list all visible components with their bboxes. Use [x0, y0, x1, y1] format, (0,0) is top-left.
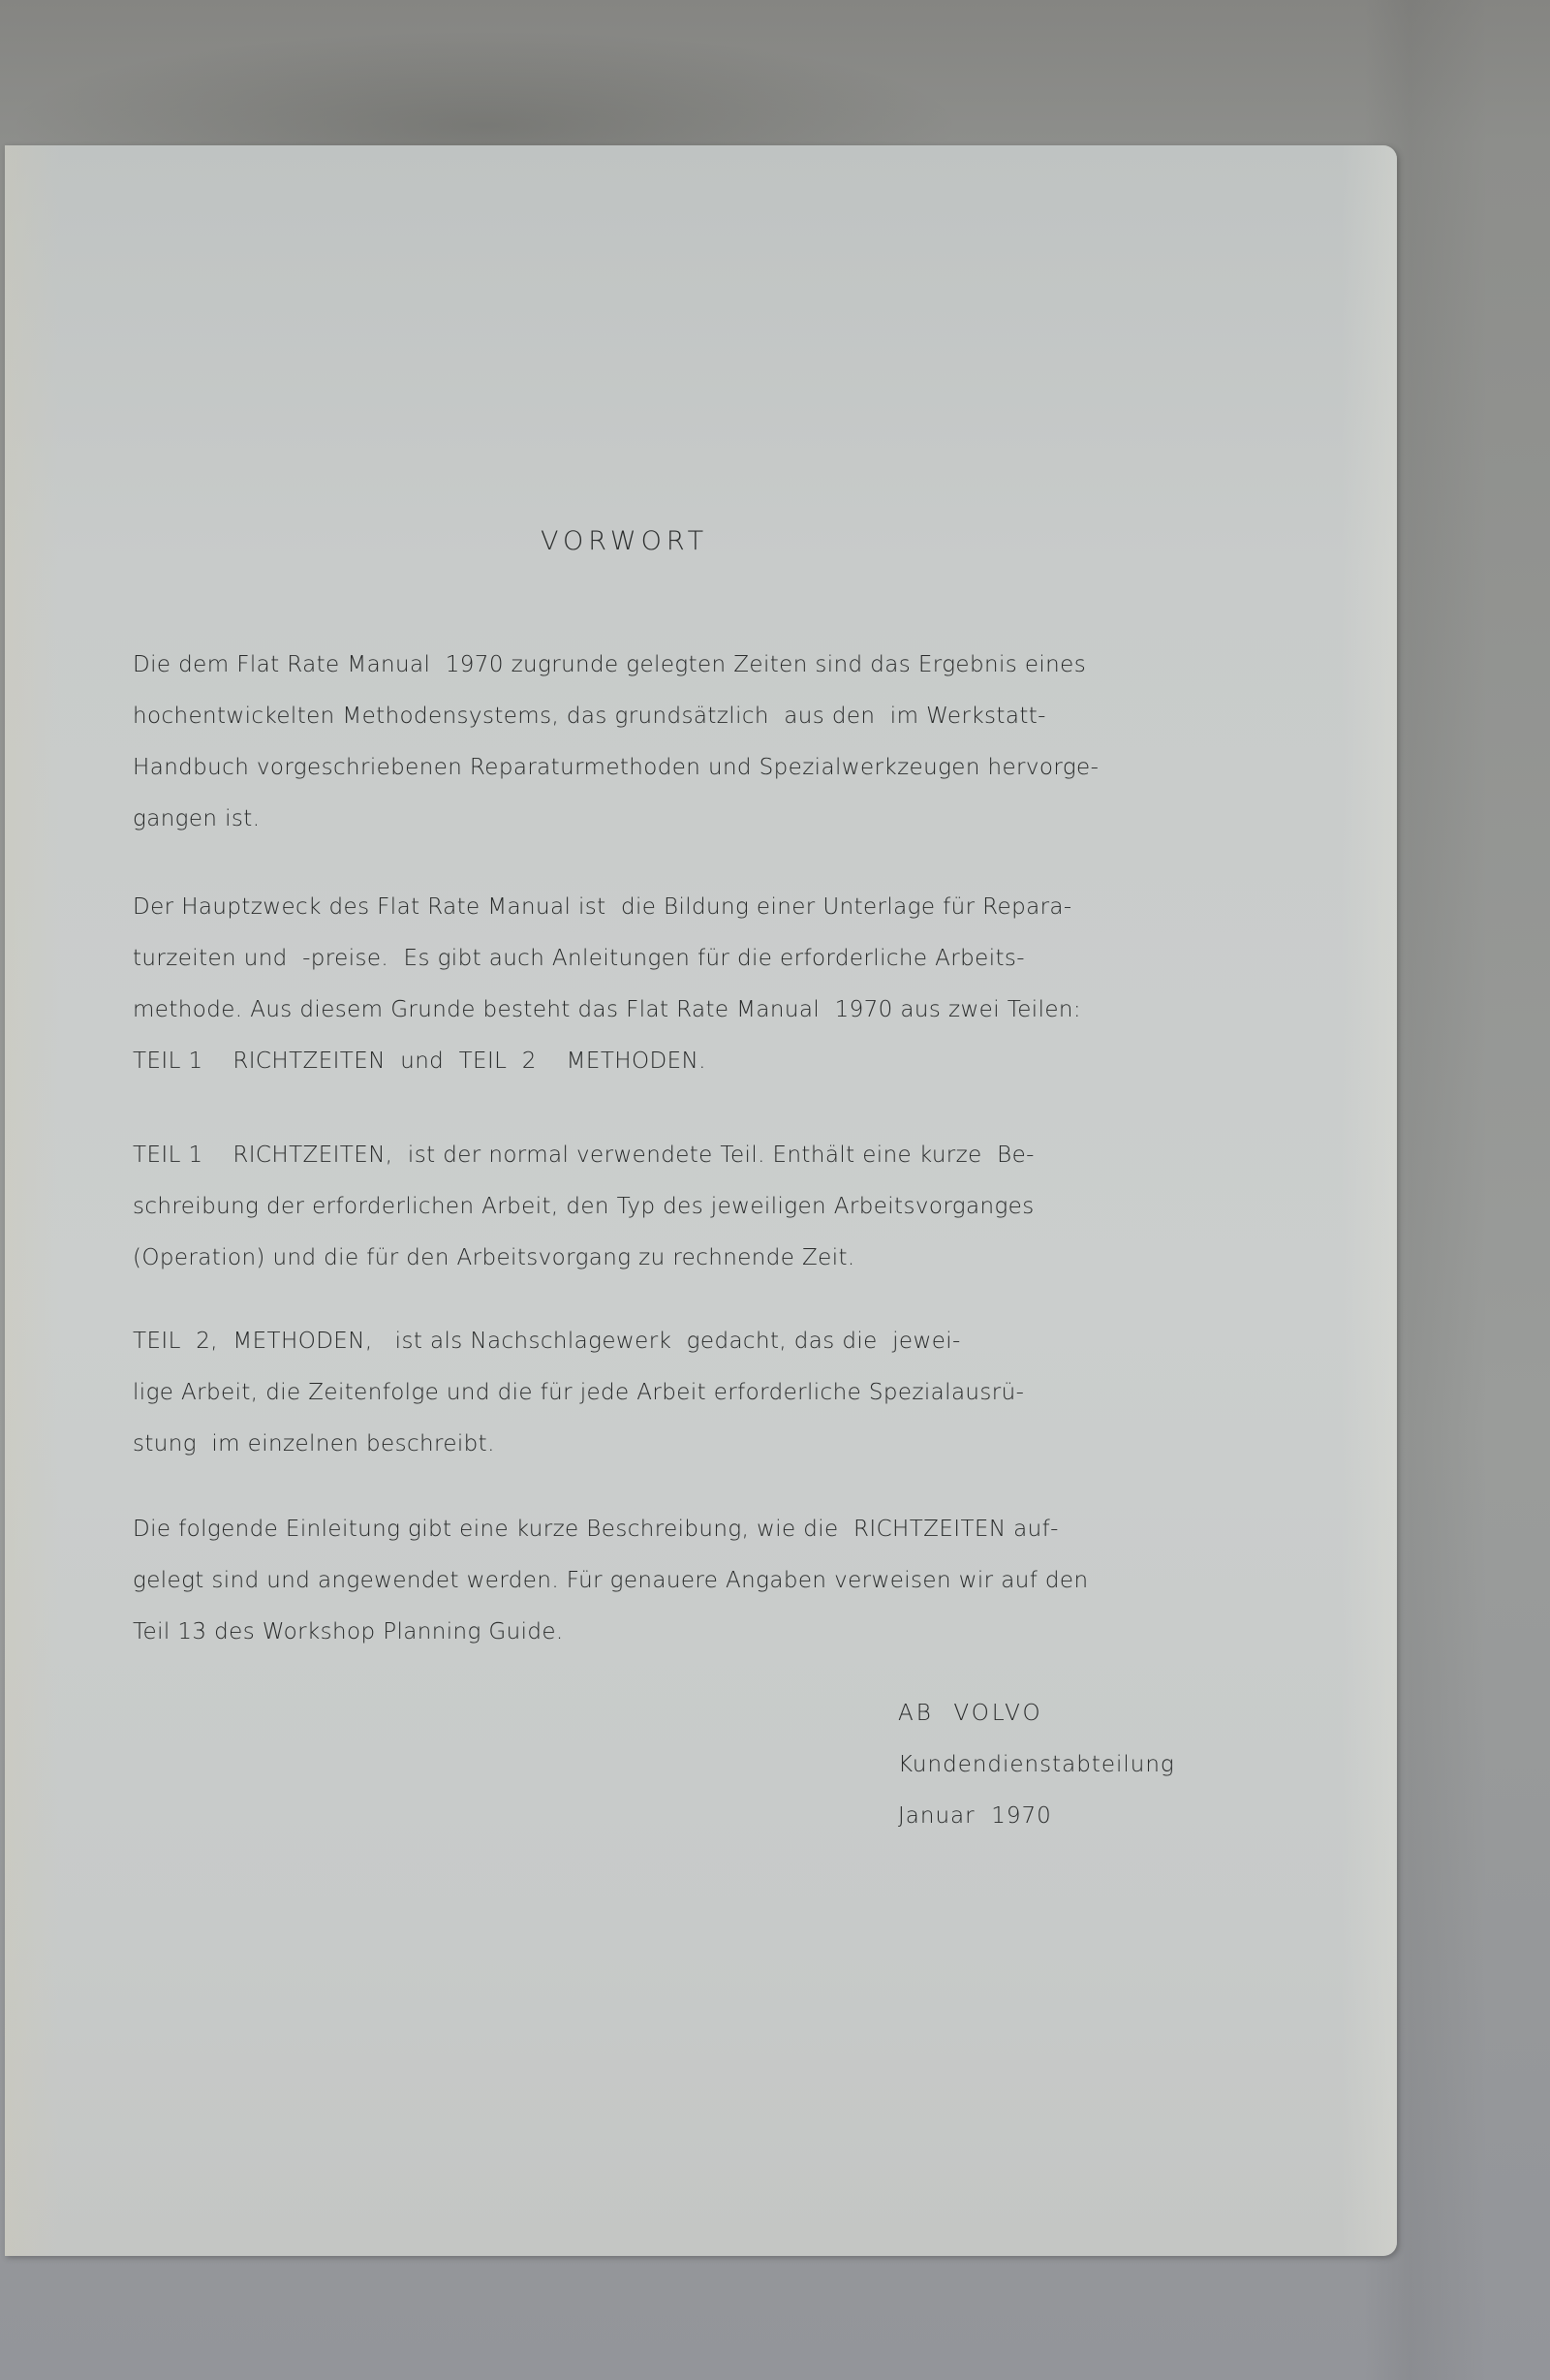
- text-line: Teil 13 des Workshop Planning Guide.: [133, 1607, 1088, 1658]
- text-line: schreibung der erforderlichen Arbeit, de…: [133, 1181, 1035, 1233]
- signature-block: AB VOLVO Kundendienstabteilung Januar 19…: [898, 1688, 1175, 1842]
- text-line: turzeiten und -preise. Es gibt auch Anle…: [133, 933, 1081, 985]
- text-line: Der Hauptzweck des Flat Rate Manual ist …: [133, 882, 1081, 933]
- paragraph-teil-1: TEIL 1 RICHTZEITEN, ist der normal verwe…: [133, 1130, 1035, 1284]
- paragraph-purpose: Der Hauptzweck des Flat Rate Manual ist …: [133, 882, 1081, 1087]
- text-line: lige Arbeit, die Zeitenfolge und die für…: [133, 1367, 1024, 1419]
- text-line: stung im einzelnen beschreibt.: [133, 1419, 1024, 1470]
- text-line: TEIL 1 RICHTZEITEN und TEIL 2 METHODEN.: [133, 1036, 1081, 1087]
- document-page: VORWORT Die dem Flat Rate Manual 1970 zu…: [5, 145, 1397, 2256]
- paragraph-introduction-note: Die folgende Einleitung gibt eine kurze …: [133, 1504, 1088, 1658]
- text-line: (Operation) und die für den Arbeitsvorga…: [133, 1233, 1035, 1284]
- text-line: TEIL 2, METHODEN, ist als Nachschlagewer…: [133, 1316, 1024, 1367]
- signature-department: Kundendienstabteilung: [898, 1739, 1175, 1791]
- page-title: VORWORT: [541, 526, 708, 556]
- text-line: TEIL 1 RICHTZEITEN, ist der normal verwe…: [133, 1130, 1035, 1181]
- text-line: gelegt sind und angewendet werden. Für g…: [133, 1555, 1088, 1607]
- text-line: Handbuch vorgeschriebenen Reparaturmetho…: [133, 742, 1099, 794]
- text-line: methode. Aus diesem Grunde besteht das F…: [133, 985, 1081, 1036]
- signature-organization: AB VOLVO: [898, 1688, 1175, 1739]
- text-line: Die folgende Einleitung gibt eine kurze …: [133, 1504, 1088, 1555]
- text-line: hochentwickelten Methodensystems, das gr…: [133, 691, 1099, 742]
- paragraph-teil-2: TEIL 2, METHODEN, ist als Nachschlagewer…: [133, 1316, 1024, 1470]
- signature-date: Januar 1970: [898, 1791, 1175, 1842]
- text-line: gangen ist.: [133, 794, 1099, 845]
- paragraph-intro: Die dem Flat Rate Manual 1970 zugrunde g…: [133, 640, 1099, 845]
- text-line: Die dem Flat Rate Manual 1970 zugrunde g…: [133, 640, 1099, 691]
